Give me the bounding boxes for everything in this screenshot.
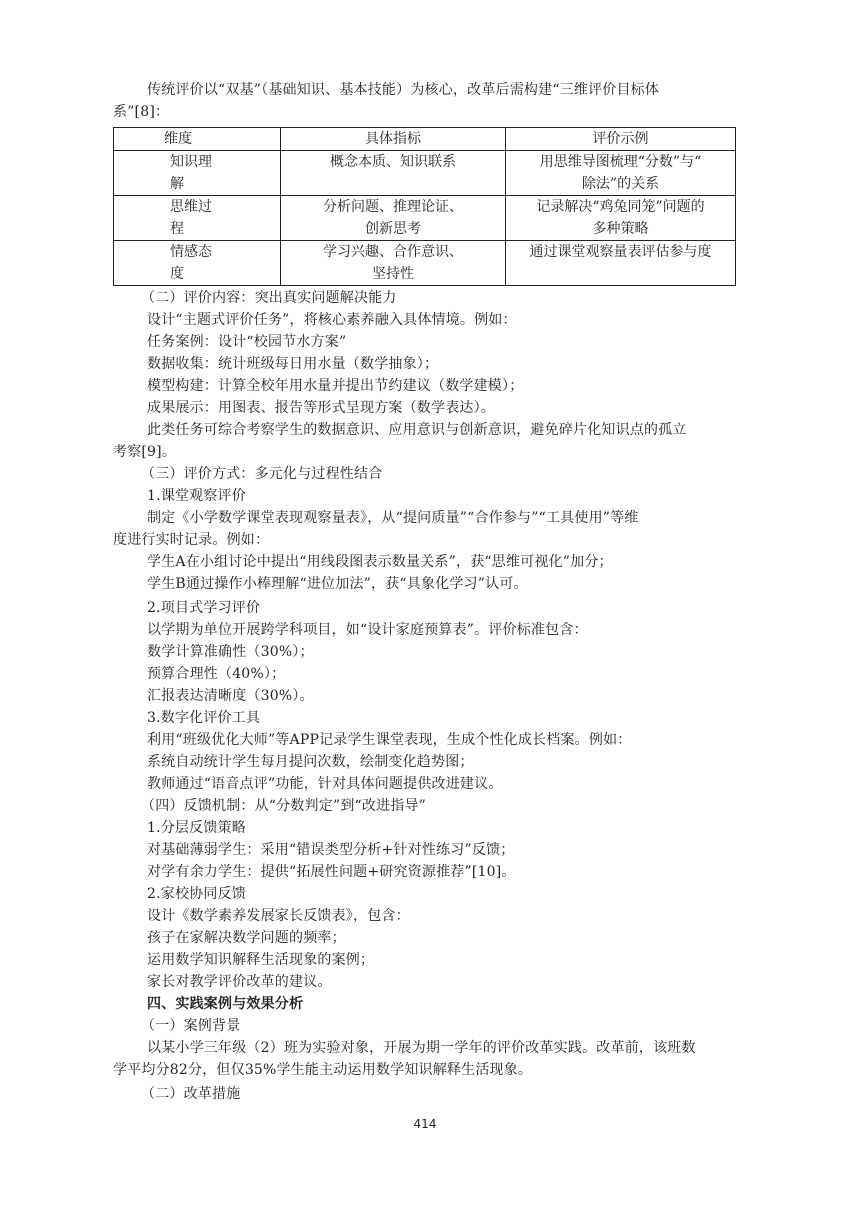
paragraph: 数据收集：统计班级每日用水量（数学抽象）； <box>147 353 438 375</box>
document-page: 传统评价以“双基”（基础知识、基本技能）为核心，改革后需构建“三维评价目标体 系… <box>0 0 850 1205</box>
table-header-dimension: 维度 <box>114 128 281 151</box>
paragraph: 任务案例：设计“校园节水方案” <box>147 331 346 353</box>
paragraph: 预算合理性（40%）； <box>147 663 285 685</box>
table-cell-indicator: 分析问题、推理论证、创新思考 <box>281 196 506 241</box>
paragraph: 对基础薄弱学生：采用“错误类型分析+针对性练习”反馈； <box>147 839 514 861</box>
table-cell-indicator: 概念本质、知识联系 <box>281 151 506 196</box>
section-heading: （二）改革措施 <box>141 1083 240 1105</box>
table-header-row: 维度 具体指标 评价示例 <box>114 128 736 151</box>
table-row: 情感态度 学习兴趣、合作意识、坚持性 通过课堂观察量表评估参与度 <box>114 241 736 286</box>
paragraph: 此类任务可综合考察学生的数据意识、应用意识与创新意识，避免碎片化知识点的孤立 <box>147 419 687 441</box>
subsection-title: 3.数字化评价工具 <box>147 707 260 729</box>
paragraph: 学平均分82分，但仅35%学生能主动运用数学知识解释生活现象。 <box>113 1059 532 1081</box>
paragraph: 度进行实时记录。例如： <box>113 529 269 551</box>
paragraph: 孩子在家解决数学问题的频率； <box>147 927 346 949</box>
page-number: 414 <box>0 1117 850 1131</box>
paragraph: 制定《小学数学课堂表现观察量表》，从“提问质量”“合作参与”“工具使用”等维 <box>147 507 639 529</box>
intro-line-2: 系”[8]： <box>113 101 169 123</box>
table-cell-indicator: 学习兴趣、合作意识、坚持性 <box>281 241 506 286</box>
paragraph: 学生A在小组讨论中提出“用线段图表示数量关系”，获“思维可视化”加分； <box>147 551 613 573</box>
section-heading-2: （二）评价内容：突出真实问题解决能力 <box>141 287 397 309</box>
table-row: 知识理解 概念本质、知识联系 用思维导图梳理“分数”与“除法”的关系 <box>114 151 736 196</box>
section-heading-3: （三）评价方式：多元化与过程性结合 <box>141 463 382 485</box>
paragraph: 数学计算准确性（30%）； <box>147 641 314 663</box>
paragraph: 模型构建：计算全校年用水量并提出节约建议（数学建模）； <box>147 375 523 397</box>
paragraph: 利用“班级优化大师”等APP记录学生课堂表现，生成个性化成长档案。例如： <box>147 729 631 751</box>
section-heading-4: （四）反馈机制：从“分数判定”到“改进指导” <box>141 795 426 817</box>
table-cell-example: 通过课堂观察量表评估参与度 <box>506 241 736 286</box>
table-cell-dimension: 思维过程 <box>114 196 281 241</box>
paragraph: 设计“主题式评价任务”，将核心素养融入具体情境。例如： <box>147 309 517 331</box>
subsection-title: 1.课堂观察评价 <box>147 485 246 507</box>
subsection-title: 1.分层反馈策略 <box>147 817 246 839</box>
subsection-title: 2.家校协同反馈 <box>147 883 246 905</box>
paragraph: 成果展示：用图表、报告等形式呈现方案（数学表达）。 <box>147 397 495 419</box>
subsection-title: 2.项目式学习评价 <box>147 597 260 619</box>
evaluation-target-table: 维度 具体指标 评价示例 知识理解 概念本质、知识联系 用思维导图梳理“分数”与… <box>113 127 736 286</box>
table-row: 思维过程 分析问题、推理论证、创新思考 记录解决“鸡兔同笼”问题的多种策略 <box>114 196 736 241</box>
paragraph: 对学有余力学生：提供“拓展性问题+研究资源推荐”[10]。 <box>147 861 516 883</box>
paragraph: 系统自动统计学生每月提问次数，绘制变化趋势图； <box>147 751 474 773</box>
section-heading: （一）案例背景 <box>141 1015 240 1037</box>
paragraph: 以某小学三年级（2）班为实验对象，开展为期一学年的评价改革实践。改革前，该班数 <box>147 1037 696 1059</box>
table-cell-example: 记录解决“鸡兔同笼”问题的多种策略 <box>506 196 736 241</box>
table-header-example: 评价示例 <box>506 128 736 151</box>
paragraph: 设计《数学素养发展家长反馈表》，包含： <box>147 905 410 927</box>
table-cell-example: 用思维导图梳理“分数”与“除法”的关系 <box>506 151 736 196</box>
paragraph: 家长对教学评价改革的建议。 <box>147 971 332 993</box>
table-header-indicator: 具体指标 <box>281 128 506 151</box>
paragraph: 运用数学知识解释生活现象的案例； <box>147 949 374 971</box>
intro-line-1: 传统评价以“双基”（基础知识、基本技能）为核心，改革后需构建“三维评价目标体 <box>147 79 659 101</box>
chapter-heading-4: 四、实践案例与效果分析 <box>147 993 303 1015</box>
paragraph: 考察[9]。 <box>113 441 176 463</box>
paragraph: 教师通过“语音点评”功能，针对具体问题提供改进建议。 <box>147 773 503 795</box>
paragraph: 学生B通过操作小棒理解“进位加法”，获“具象化学习”认可。 <box>147 573 528 595</box>
table-cell-dimension: 知识理解 <box>114 151 281 196</box>
paragraph: 汇报表达清晰度（30%）。 <box>147 685 314 707</box>
table-cell-dimension: 情感态度 <box>114 241 281 286</box>
paragraph: 以学期为单位开展跨学科项目，如“设计家庭预算表”。评价标准包含： <box>147 619 588 641</box>
